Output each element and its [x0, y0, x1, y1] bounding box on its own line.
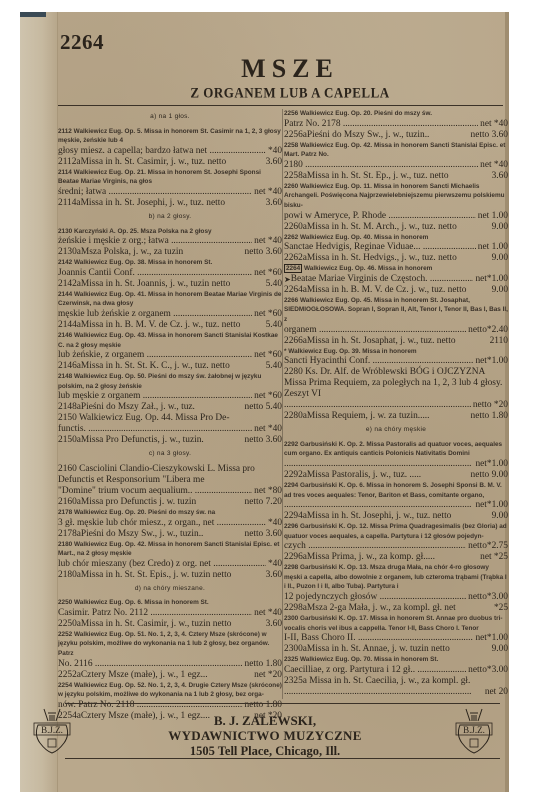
catalog-number: 2112a	[58, 157, 81, 167]
price-line-text: Caecilliae, z org. Partytura i 12 gł..	[284, 665, 466, 676]
sub-entry-text: Missa in h. St. Annae, j. w. tuzin netto	[307, 644, 450, 654]
price: netto*3.00	[466, 665, 508, 676]
catalog-number: 2180	[58, 541, 72, 548]
sub-entry-text: Missa in h. B. M. V. de Cz. j. w., tuz. …	[307, 285, 466, 295]
price: net *20	[252, 670, 282, 681]
price-line: męskie lub żeńskie z organemnet *60	[58, 309, 282, 320]
price-line: lub męskie z organemnet *60	[58, 391, 282, 402]
sub-entry-line: 2300aMissa in h. St. Annae, j. w. tuzin …	[284, 644, 508, 655]
catalog-entry: 2296aMissa Prima, j. w., za komp. gł....…	[284, 552, 508, 563]
page-title: MSZE	[170, 54, 410, 84]
price: net*1.00	[473, 633, 508, 644]
sub-entry-text: Missa in h. St. Casimir, j. w., tuzin ne…	[81, 619, 232, 629]
price: 9.00	[490, 285, 508, 296]
section-heading: d) na chóry mieszane.	[58, 584, 282, 595]
sub-entry-text: Missa Pro Defunctis, j. w., tuzin.	[81, 435, 204, 445]
catalog-number: 2250	[58, 599, 72, 606]
catalog-number: 2114a	[58, 198, 81, 208]
catalog-number: 2144	[58, 291, 72, 298]
price-line: Joannis Cantii Conf.net *60	[58, 268, 282, 279]
catalog-entry: 2325 Walkiewicz Eug. Op. 70. Missa in ho…	[284, 655, 508, 676]
price-line-text: 3 gł. męskie lub chór miesz., z organ., …	[58, 518, 266, 529]
catalog-number: 2262a	[284, 253, 307, 263]
page-number: 2264	[60, 30, 104, 55]
sub-entry-text: Missa in h. St. St. Epis., j. w. tuzin n…	[81, 570, 231, 580]
description-text: Garbusiński K. Op. 12. Missa Prima Quadr…	[284, 523, 507, 540]
catalog-entry: 2258aMissa in h. St. St. Ep., j. w., tuz…	[284, 171, 508, 182]
price-line: lub chór mieszany (bez Credo) z org. net…	[58, 559, 282, 570]
section-heading: c) na 3 głosy.	[58, 449, 282, 460]
sub-entry-line: 2148aPieśni do Mszy Żał., j. w., tuz.net…	[58, 402, 282, 413]
price: net *60	[252, 350, 282, 361]
price: 3.60	[264, 570, 282, 581]
sub-entry-text: Missa in h. St. St. K. C., j. w., tuz. n…	[81, 361, 230, 371]
sub-entry-text: Missa Requiem, j. w. za tuzin.....	[307, 411, 430, 421]
description-text: Walkiewicz Eug. Op. 5. Missa in honorem …	[58, 128, 281, 145]
price-line: "Domine" trium vocum aequalium..net *80	[58, 486, 282, 497]
price-line: netto *20	[284, 400, 508, 411]
entry-description: 2178 Walkiewicz Eug. Op. 20. Pieśni do m…	[58, 508, 282, 518]
catalog-number: 2256	[284, 110, 298, 117]
catalog-entry: * Walkiewicz Eug. Op. 39. Missa in honor…	[284, 347, 508, 368]
catalog-number: 2296a	[284, 552, 307, 562]
price-line-text: Casimir. Patrz No. 2112	[58, 608, 252, 619]
catalog-entry: 2298aMsza 2-ga Mała, j. w., za kompl. gł…	[284, 603, 508, 614]
price-line-text: No. 2116	[58, 659, 243, 670]
price-line-text: Beatae Mariae Virginis de Częstoch.	[291, 274, 474, 285]
right-column: 2256 Walkiewicz Eug. Op. 20. Pieśni do m…	[284, 109, 508, 698]
sub-entry-line: 2112aMissa in h. St. Casimir, j. w., tuz…	[58, 157, 282, 168]
price-line-text: Joannis Cantii Conf.	[58, 268, 252, 279]
price: 2110	[488, 336, 508, 347]
sub-entry-line: 2142aMissa in h. St. Joannis, j. w., tuz…	[58, 279, 282, 290]
sub-entry-line: 2150aMissa Pro Defunctis, j. w., tuzin.n…	[58, 435, 282, 446]
price-line: 12 pojedynczych głosównetto*3.00	[284, 592, 508, 603]
catalog-number: 2266	[284, 297, 298, 304]
entry-description: 2292 Garbusiński K. Op. 2. Missa Pastora…	[284, 440, 508, 459]
sub-entry-line: 2252aCztery Msze (małe), j. w., 1 egz...…	[58, 670, 282, 681]
publisher-address: 1505 Tell Place, Chicago, Ill.	[120, 744, 410, 759]
footer-top-rule	[65, 703, 500, 704]
price-line: powi w Ameryce, P. Rhodenet 1.00	[284, 211, 508, 222]
price: net *60	[252, 391, 282, 402]
catalog-entry: 2130aMsza Polska, j. w., za tuzinnetto 3…	[58, 247, 282, 258]
price: netto *20	[471, 400, 508, 411]
catalog-number: 2294a	[284, 511, 307, 521]
description-text: Walkiewicz Eug. Op. 52. No. 1, 2, 3, 4. …	[58, 682, 282, 699]
description-text: Walkiewicz Eug. Op. 21. Missa in honorem…	[58, 169, 261, 186]
sub-entry-text: Missa Prima, j. w., za komp. gł.....	[307, 552, 435, 562]
price: 9.00	[490, 253, 508, 264]
catalog-entry: 2114aMissa in h. St. Josephi, j. w., tuz…	[58, 198, 282, 209]
price: net *40	[252, 236, 282, 247]
catalog-entry: 2250 Walkiewicz Eug. Op. 6. Missa in hon…	[58, 598, 282, 619]
catalog-entry: 2148 Walkiewicz Eug. Op. 50. Pieśni do m…	[58, 372, 282, 402]
catalog-number: 2260a	[284, 222, 307, 232]
sub-entry-line: 2266aMissa in h. St. Josaphat, j. w., tu…	[284, 336, 508, 347]
catalog-number: 2178a	[58, 529, 81, 539]
catalog-number: 2296	[284, 523, 298, 530]
catalog-entry: 2142aMissa in h. St. Joannis, j. w., tuz…	[58, 279, 282, 290]
description-text: Walkiewicz Eug. Op. 50. Pieśni do mszy ś…	[58, 373, 261, 390]
catalog-entry: 2144 Walkiewicz Eug. Op. 41. Missa in ho…	[58, 290, 282, 320]
catalog-entry: 2178 Walkiewicz Eug. Op. 20. Pieśni do m…	[58, 508, 282, 529]
catalog-entry: 2298 Garbusiński K. Op. 13. Msza druga M…	[284, 563, 508, 603]
sub-entry-line: 2298aMsza 2-ga Mała, j. w., za kompl. gł…	[284, 603, 508, 614]
catalog-number: 2112	[58, 128, 72, 135]
catalog-entry: 2252aCztery Msze (małe), j. w., 1 egz...…	[58, 670, 282, 681]
catalog-number: 2142a	[58, 279, 81, 289]
sub-entry-text: Missa in h. St. M. Arch., j. w., tuz. ne…	[307, 222, 457, 232]
description-text: Garbusiński K. Op. 17. Missa in honorem …	[284, 615, 503, 632]
catalog-number: 2146	[58, 332, 72, 339]
catalog-number: 2144a	[58, 320, 81, 330]
catalog-number: 2280a	[284, 411, 307, 421]
entry-description: 2260 Walkiewicz Eug. Op. 11. Missa in ho…	[284, 182, 508, 211]
catalog-entry: 2292 Garbusiński K. Op. 2. Missa Pastora…	[284, 440, 508, 470]
price: netto 9.00	[469, 470, 509, 481]
header-rule	[58, 105, 503, 106]
description-text: Garbusiński K. Op. 2. Missa Pastoralis a…	[284, 441, 502, 458]
publisher-logo-right: B.J.Z.	[452, 705, 496, 757]
catalog-entry: 2258 Walkiewicz Eug. Op. 42. Missa in ho…	[284, 141, 508, 171]
price: netto 3.60	[469, 130, 509, 141]
description-text: Walkiewicz Eug. Op. 40. Missa in honorem	[300, 234, 428, 241]
sub-entry-line: 2296aMissa Prima, j. w., za komp. gł....…	[284, 552, 508, 563]
description-text: Walkiewicz Eug. Op. 38. Missa in honorem…	[74, 259, 212, 266]
catalog-number: 2298	[284, 564, 298, 571]
price: netto*2.75	[466, 541, 508, 552]
price-line: głosy miesz. a capella; bardzo łatwa net…	[58, 146, 282, 157]
price-line-text	[284, 400, 471, 411]
entry-description: 2300 Garbusiński K. Op. 17. Missa in hon…	[284, 614, 508, 633]
entry-description: * Walkiewicz Eug. Op. 39. Missa in honor…	[284, 347, 508, 357]
price: net *60	[252, 309, 282, 320]
description-text: Walkiewicz Eug. Op. 41. Missa in honorem…	[58, 291, 281, 308]
sub-entry-line: 2292aMissa Pastoralis, j. w., tuz. .....…	[284, 470, 508, 481]
entry-description: 2130 Karczyński A. Op. 25. Msza Polska n…	[58, 227, 282, 237]
entry-description: 2294 Garbusiński K. Op. 6. Missa in hono…	[284, 481, 508, 500]
sub-entry-line: 2260aMissa in h. St. M. Arch., j. w., tu…	[284, 222, 508, 233]
catalog-entry: 2112aMissa in h. St. Casimir, j. w., tuz…	[58, 157, 282, 168]
price: net *80	[252, 486, 282, 497]
description-text: Garbusiński K. Op. 13. Msza druga Mała, …	[284, 564, 507, 590]
catalog-entry: 2250aMissa in h. St. Casimir, j. w., tuz…	[58, 619, 282, 630]
page-binding	[20, 12, 58, 792]
price: netto 3.60	[243, 529, 283, 540]
price: *25	[492, 603, 508, 614]
price: 9.00	[490, 511, 508, 522]
sub-entry-line: 2130aMsza Polska, j. w., za tuzinnetto 3…	[58, 247, 282, 258]
price: 5.40	[264, 361, 282, 372]
price-line: net*1.00	[284, 459, 508, 470]
catalog-entry: 2280 Ks. Dr. Alf. de Wróblewski BÓG i OJ…	[284, 367, 508, 411]
title-text: Walkiewicz Eug. Op. 44. Missa Pro De-	[79, 413, 230, 423]
arrow-right-icon: ➤	[284, 274, 291, 285]
catalog-number: 2180a	[58, 570, 81, 580]
description-text: Walkiewicz Eug. Op. 42. Missa in honorem…	[284, 142, 505, 159]
description-text: Walkiewicz Eug. Op. 43. Missa in honorem…	[58, 332, 278, 349]
price-line: żeńskie i męskie z org.; łatwanet *40	[58, 236, 282, 247]
catalog-entry: 2146 Walkiewicz Eug. Op. 43. Missa in ho…	[58, 331, 282, 361]
catalog-entry: 2264aMissa in h. B. M. V. de Cz. j. w., …	[284, 285, 508, 296]
price-line-text: Patrz No. 2178	[284, 119, 478, 130]
catalog-number: *	[284, 348, 287, 355]
price-line-text: żeńskie i męskie z org.; łatwa	[58, 236, 252, 247]
catalog-number: 2250a	[58, 619, 81, 629]
description-text: Walkiewicz Eug. Op. 46. Missa in honorem	[304, 265, 432, 272]
catalog-entry: 2142 Walkiewicz Eug. Op. 38. Missa in ho…	[58, 258, 282, 279]
catalog-number: 2292a	[284, 470, 307, 480]
price: *40	[266, 518, 282, 529]
price-line: No. 2116netto 1.80	[58, 659, 282, 670]
price: net*1.00	[473, 500, 508, 511]
price: *40	[266, 559, 282, 570]
price-line-text: głosy miesz. a capella; bardzo łatwa net	[58, 146, 266, 157]
price-line: czychnetto*2.75	[284, 541, 508, 552]
sub-entry-line: 2250aMissa in h. St. Casimir, j. w., tuz…	[58, 619, 282, 630]
entry-title-line: 2325a Missa in h. St. Caecilia, j. w., z…	[284, 676, 508, 687]
sub-entry-line: 2180aMissa in h. St. St. Epis., j. w. tu…	[58, 570, 282, 581]
catalog-entry: 2256aPieśni do Mszy Św., j. w., tuzin..n…	[284, 130, 508, 141]
price-line-text: czych	[284, 541, 466, 552]
catalog-entry: 2150aMissa Pro Defunctis, j. w., tuzin.n…	[58, 435, 282, 446]
price: 5.40	[264, 279, 282, 290]
title-text: Casciolini Clandio-Cieszykowski L. Missa…	[58, 464, 255, 485]
entry-description: 2252 Walkiewicz Eug. Op. 51. No. 1, 2, 3…	[58, 630, 282, 659]
price-line-text: I-II, Bass Choro II.	[284, 633, 473, 644]
catalog-entry: 2300aMissa in h. St. Annae, j. w. tuzin …	[284, 644, 508, 655]
price: net*1.00	[473, 459, 508, 470]
catalog-number: 2130a	[58, 247, 81, 257]
price-line: functis.net *40	[58, 424, 282, 435]
publisher-subtitle: WYDAWNICTWO MUZYCZNE	[120, 728, 410, 744]
entry-description: 2264 Walkiewicz Eug. Op. 46. Missa in ho…	[284, 264, 508, 274]
price: netto 7.20	[243, 497, 283, 508]
catalog-number: 2258a	[284, 171, 307, 181]
catalog-number: 2258	[284, 142, 298, 149]
sub-entry-text: Cztery Msze (małe), j. w., 1 egz...	[81, 670, 208, 680]
catalog-number: 2130	[58, 228, 72, 235]
sub-entry-line: 2160aMissa pro Defunctis j. w. tuzinnett…	[58, 497, 282, 508]
sub-entry-line: 2178aPieśni do Mszy Św., j. w., tuzin..n…	[58, 529, 282, 540]
sub-entry-text: Pieśni do Mszy Św., j. w., tuzin..	[81, 529, 203, 539]
price: 3.60	[490, 171, 508, 182]
price-line: Casimir. Patrz No. 2112net *40	[58, 608, 282, 619]
price: 3.60	[264, 619, 282, 630]
title-text: Missa in h. St. Caecilia, j. w., za komp…	[309, 676, 470, 686]
catalog-entry: 2296 Garbusiński K. Op. 12. Missa Prima …	[284, 522, 508, 552]
description-text: Walkiewicz Eug. Op. 6. Missa in honorem …	[74, 599, 209, 606]
sub-entry-line: 2294aMissa in h. St. Josephi, j. w., tuz…	[284, 511, 508, 522]
sub-entry-text: Missa Pastoralis, j. w., tuz. .....	[307, 470, 421, 480]
price: netto*2.40	[466, 325, 508, 336]
price: net *40	[252, 424, 282, 435]
description-text: Walkiewicz Eug. Op. 20. Pieśni do mszy ś…	[300, 110, 432, 117]
catalog-entry: 2150 Walkiewicz Eug. Op. 44. Missa Pro D…	[58, 413, 282, 435]
price: netto 5.40	[243, 402, 283, 413]
entry-description: 2146 Walkiewicz Eug. Op. 43. Missa in ho…	[58, 331, 282, 350]
catalog-entry: 2148aPieśni do Mszy Żał., j. w., tuz.net…	[58, 402, 282, 413]
price: netto*3.00	[466, 592, 508, 603]
svg-text:B.J.Z.: B.J.Z.	[463, 725, 485, 735]
sub-entry-line: 2280aMissa Requiem, j. w. za tuzin.....n…	[284, 411, 508, 422]
sub-entry-text: Pieśni do Mszy Żał., j. w., tuz.	[81, 402, 195, 412]
price-line: Sanctae Hedvigis, Reginae Viduae...net 1…	[284, 242, 508, 253]
price-line-text	[284, 459, 473, 470]
entry-title-line: 2150 Walkiewicz Eug. Op. 44. Missa Pro D…	[58, 413, 282, 424]
price-line-text: męskie lub żeńskie z organem	[58, 309, 252, 320]
catalog-entry: 2262 Walkiewicz Eug. Op. 40. Missa in ho…	[284, 233, 508, 254]
catalog-number: 2146a	[58, 361, 81, 371]
svg-text:B.J.Z.: B.J.Z.	[41, 725, 63, 735]
catalog-entry: 2114 Walkiewicz Eug. Op. 21. Missa in ho…	[58, 168, 282, 198]
catalog-entry: 2256 Walkiewicz Eug. Op. 20. Pieśni do m…	[284, 109, 508, 130]
entry-title-line: 2280 Ks. Dr. Alf. de Wróblewski BÓG i OJ…	[284, 367, 508, 400]
entry-description: 2296 Garbusiński K. Op. 12. Missa Prima …	[284, 522, 508, 541]
catalog-entry: 2180 Walkiewicz Eug. Op. 42. Missa in ho…	[58, 540, 282, 570]
price: net 1.00	[476, 211, 508, 222]
catalog-entry: 2262aMissa in h. St. Hedvigs., j. w., tu…	[284, 253, 508, 264]
catalog-number: 2300	[284, 615, 298, 622]
price-line-text: "Domine" trium vocum aequalium..	[58, 486, 252, 497]
price: net*1.00	[473, 274, 508, 285]
entry-description: 2112 Walkiewicz Eug. Op. 5. Missa in hon…	[58, 127, 282, 146]
catalog-number: 2280	[284, 367, 303, 377]
section-heading: b) na 2 głosy.	[58, 212, 282, 223]
sub-entry-text: Missa pro Defunctis j. w. tuzin	[81, 497, 196, 507]
sub-entry-text: Missa in h. St. Casimir, j. w., tuz. net…	[81, 157, 227, 167]
description-text: Walkiewicz Eug. Op. 20. Pieśni do mszy ś…	[74, 509, 215, 516]
description-text: Walkiewicz Eug. Op. 39. Missa in honorem	[288, 348, 416, 355]
catalog-number: 2148a	[58, 402, 81, 412]
catalog-number: 2142	[58, 259, 72, 266]
catalog-entry: 2300 Garbusiński K. Op. 17. Missa in hon…	[284, 614, 508, 644]
price: net *40	[478, 160, 508, 171]
sub-entry-line: 2264aMissa in h. B. M. V. de Cz. j. w., …	[284, 285, 508, 296]
catalog-number: 2114	[58, 169, 72, 176]
catalog-number: 2150a	[58, 435, 81, 445]
catalog-number: 2300a	[284, 644, 307, 654]
catalog-entry: 2266 Walkiewicz Eug. Op. 45. Missa in ho…	[284, 296, 508, 336]
price: net *40	[478, 119, 508, 130]
entry-description: 2256 Walkiewicz Eug. Op. 20. Pieśni do m…	[284, 109, 508, 119]
price: netto 1.80	[243, 659, 283, 670]
description-text: Garbusiński K. Op. 6. Missa in honorem S…	[284, 482, 502, 499]
sub-entry-text: Missa in h. St. Hedvigs., j. w., tuz. ne…	[307, 253, 457, 263]
catalog-entry: 2294 Garbusiński K. Op. 6. Missa in hono…	[284, 481, 508, 511]
description-text: Karczyński A. Op. 25. Msza Polska na 2 g…	[74, 228, 212, 235]
price-line: Sancti Hyacinthi Conf.net*1.00	[284, 356, 508, 367]
catalog-entry: 2264 Walkiewicz Eug. Op. 46. Missa in ho…	[284, 264, 508, 285]
price-line-text	[284, 687, 483, 698]
price-line-text: powi w Ameryce, P. Rhode	[284, 211, 476, 222]
catalog-entry: 2280aMissa Requiem, j. w. za tuzin.....n…	[284, 411, 508, 422]
catalog-page: 2264 MSZE Z ORGANEM LUB A CAPELLA a) na …	[20, 12, 509, 792]
price-line-text: 12 pojedynczych głosów	[284, 592, 466, 603]
catalog-entry: 2260 Walkiewicz Eug. Op. 11. Missa in ho…	[284, 182, 508, 222]
sub-entry-line: 2262aMissa in h. St. Hedvigs., j. w., tu…	[284, 253, 508, 264]
price-line-text: lub żeńskie, z organem	[58, 350, 252, 361]
entry-title-line: 2160 Casciolini Clandio-Cieszykowski L. …	[58, 464, 282, 486]
price: netto 3.60	[243, 435, 283, 446]
catalog-entry: 2130 Karczyński A. Op. 25. Msza Polska n…	[58, 227, 282, 248]
sub-entry-line: 2144aMissa in h. B. M. V. de Cz. j. w., …	[58, 320, 282, 331]
sub-entry-text: Missa in h. B. M. V. de Cz. j. w., tuz. …	[81, 320, 240, 330]
sub-entry-text: Msza 2-ga Mała, j. w., za kompl. gł. net	[307, 603, 456, 613]
entry-description: 2258 Walkiewicz Eug. Op. 42. Missa in ho…	[284, 141, 508, 160]
catalog-number: 2148	[58, 373, 72, 380]
price-line: Patrz No. 2178net *40	[284, 119, 508, 130]
price-line-text: functis.	[58, 424, 252, 435]
catalog-entry: 2178aPieśni do Mszy Św., j. w., tuzin..n…	[58, 529, 282, 540]
description-text: Walkiewicz Eug. Op. 42. Missa in honorem…	[58, 541, 279, 558]
price: 3.60	[264, 198, 282, 209]
catalog-entry: 2252 Walkiewicz Eug. Op. 51. No. 1, 2, 3…	[58, 630, 282, 670]
catalog-number: 2294	[284, 482, 298, 489]
left-column: a) na 1 głos.2112 Walkiewicz Eug. Op. 5.…	[58, 109, 282, 722]
description-text: Walkiewicz Eug. Op. 45. Missa in honorem…	[284, 297, 508, 323]
sub-entry-line: 2114aMissa in h. St. Josephi, j. w., tuz…	[58, 198, 282, 209]
entry-description: 2250 Walkiewicz Eug. Op. 6. Missa in hon…	[58, 598, 282, 608]
catalog-entry: 2266aMissa in h. St. Josaphat, j. w., tu…	[284, 336, 508, 347]
catalog-number: 2160a	[58, 497, 81, 507]
catalog-number: 2150	[58, 413, 77, 423]
price: 9.00	[490, 644, 508, 655]
price-line-text: 2180	[284, 160, 478, 171]
price-line: net*1.00	[284, 500, 508, 511]
price-line: 2180net *40	[284, 160, 508, 171]
price-line: Caecilliae, z org. Partytura i 12 gł..ne…	[284, 665, 508, 676]
publisher-footer: B.J.Z. B. J. ZALEWSKI, WYDAWNICTWO MUZYC…	[20, 705, 509, 765]
bjz-emblem-icon: B.J.Z.	[452, 705, 496, 757]
description-text: Walkiewicz Eug. Op. 11. Missa in honorem…	[284, 183, 505, 209]
description-text: Walkiewicz Eug. Op. 51. No. 1, 2, 3, 4. …	[58, 631, 269, 657]
price-line: 3 gł. męskie lub chór miesz., z organ., …	[58, 518, 282, 529]
sub-entry-text: Pieśni do Mszy Św., j. w., tuzin..	[307, 130, 429, 140]
description-text: Walkiewicz Eug. Op. 70. Missa in honorem…	[300, 656, 438, 663]
catalog-entry: 2260aMissa in h. St. M. Arch., j. w., tu…	[284, 222, 508, 233]
entry-description: 2298 Garbusiński K. Op. 13. Msza druga M…	[284, 563, 508, 592]
footer-bottom-rule	[65, 758, 500, 759]
catalog-number: 2260	[284, 183, 298, 190]
catalog-number: 2252a	[58, 670, 81, 680]
price: net *40	[252, 187, 282, 198]
catalog-number: 2264	[284, 264, 302, 273]
catalog-entry: 2146aMissa in h. St. St. K. C., j. w., t…	[58, 361, 282, 372]
bjz-emblem-icon: B.J.Z.	[30, 705, 74, 757]
entry-description: 2144 Walkiewicz Eug. Op. 41. Missa in ho…	[58, 290, 282, 309]
price: netto 1.80	[469, 411, 509, 422]
sub-entry-text: Missa in h. St. Josaphat, j. w., tuz. ne…	[307, 336, 456, 346]
entry-description: 2262 Walkiewicz Eug. Op. 40. Missa in ho…	[284, 233, 508, 243]
page-subtitle: Z ORGANEM LUB A CAPELLA	[170, 84, 410, 102]
price-line-text: organem	[284, 325, 466, 336]
price: 3.60	[264, 157, 282, 168]
entry-description: 2142 Walkiewicz Eug. Op. 38. Missa in ho…	[58, 258, 282, 268]
price: netto 3.60	[243, 247, 283, 258]
price: net *60	[252, 268, 282, 279]
price: net*1.00	[473, 356, 508, 367]
section-heading: a) na 1 głos.	[58, 112, 282, 123]
price-line: net 20	[284, 687, 508, 698]
catalog-number: 2252	[58, 631, 72, 638]
entry-description: 2325 Walkiewicz Eug. Op. 70. Missa in ho…	[284, 655, 508, 665]
price: net *40	[252, 608, 282, 619]
catalog-number: 2160	[58, 464, 77, 474]
price: *40	[266, 146, 282, 157]
catalog-entry: 2144aMissa in h. B. M. V. de Cz. j. w., …	[58, 320, 282, 331]
